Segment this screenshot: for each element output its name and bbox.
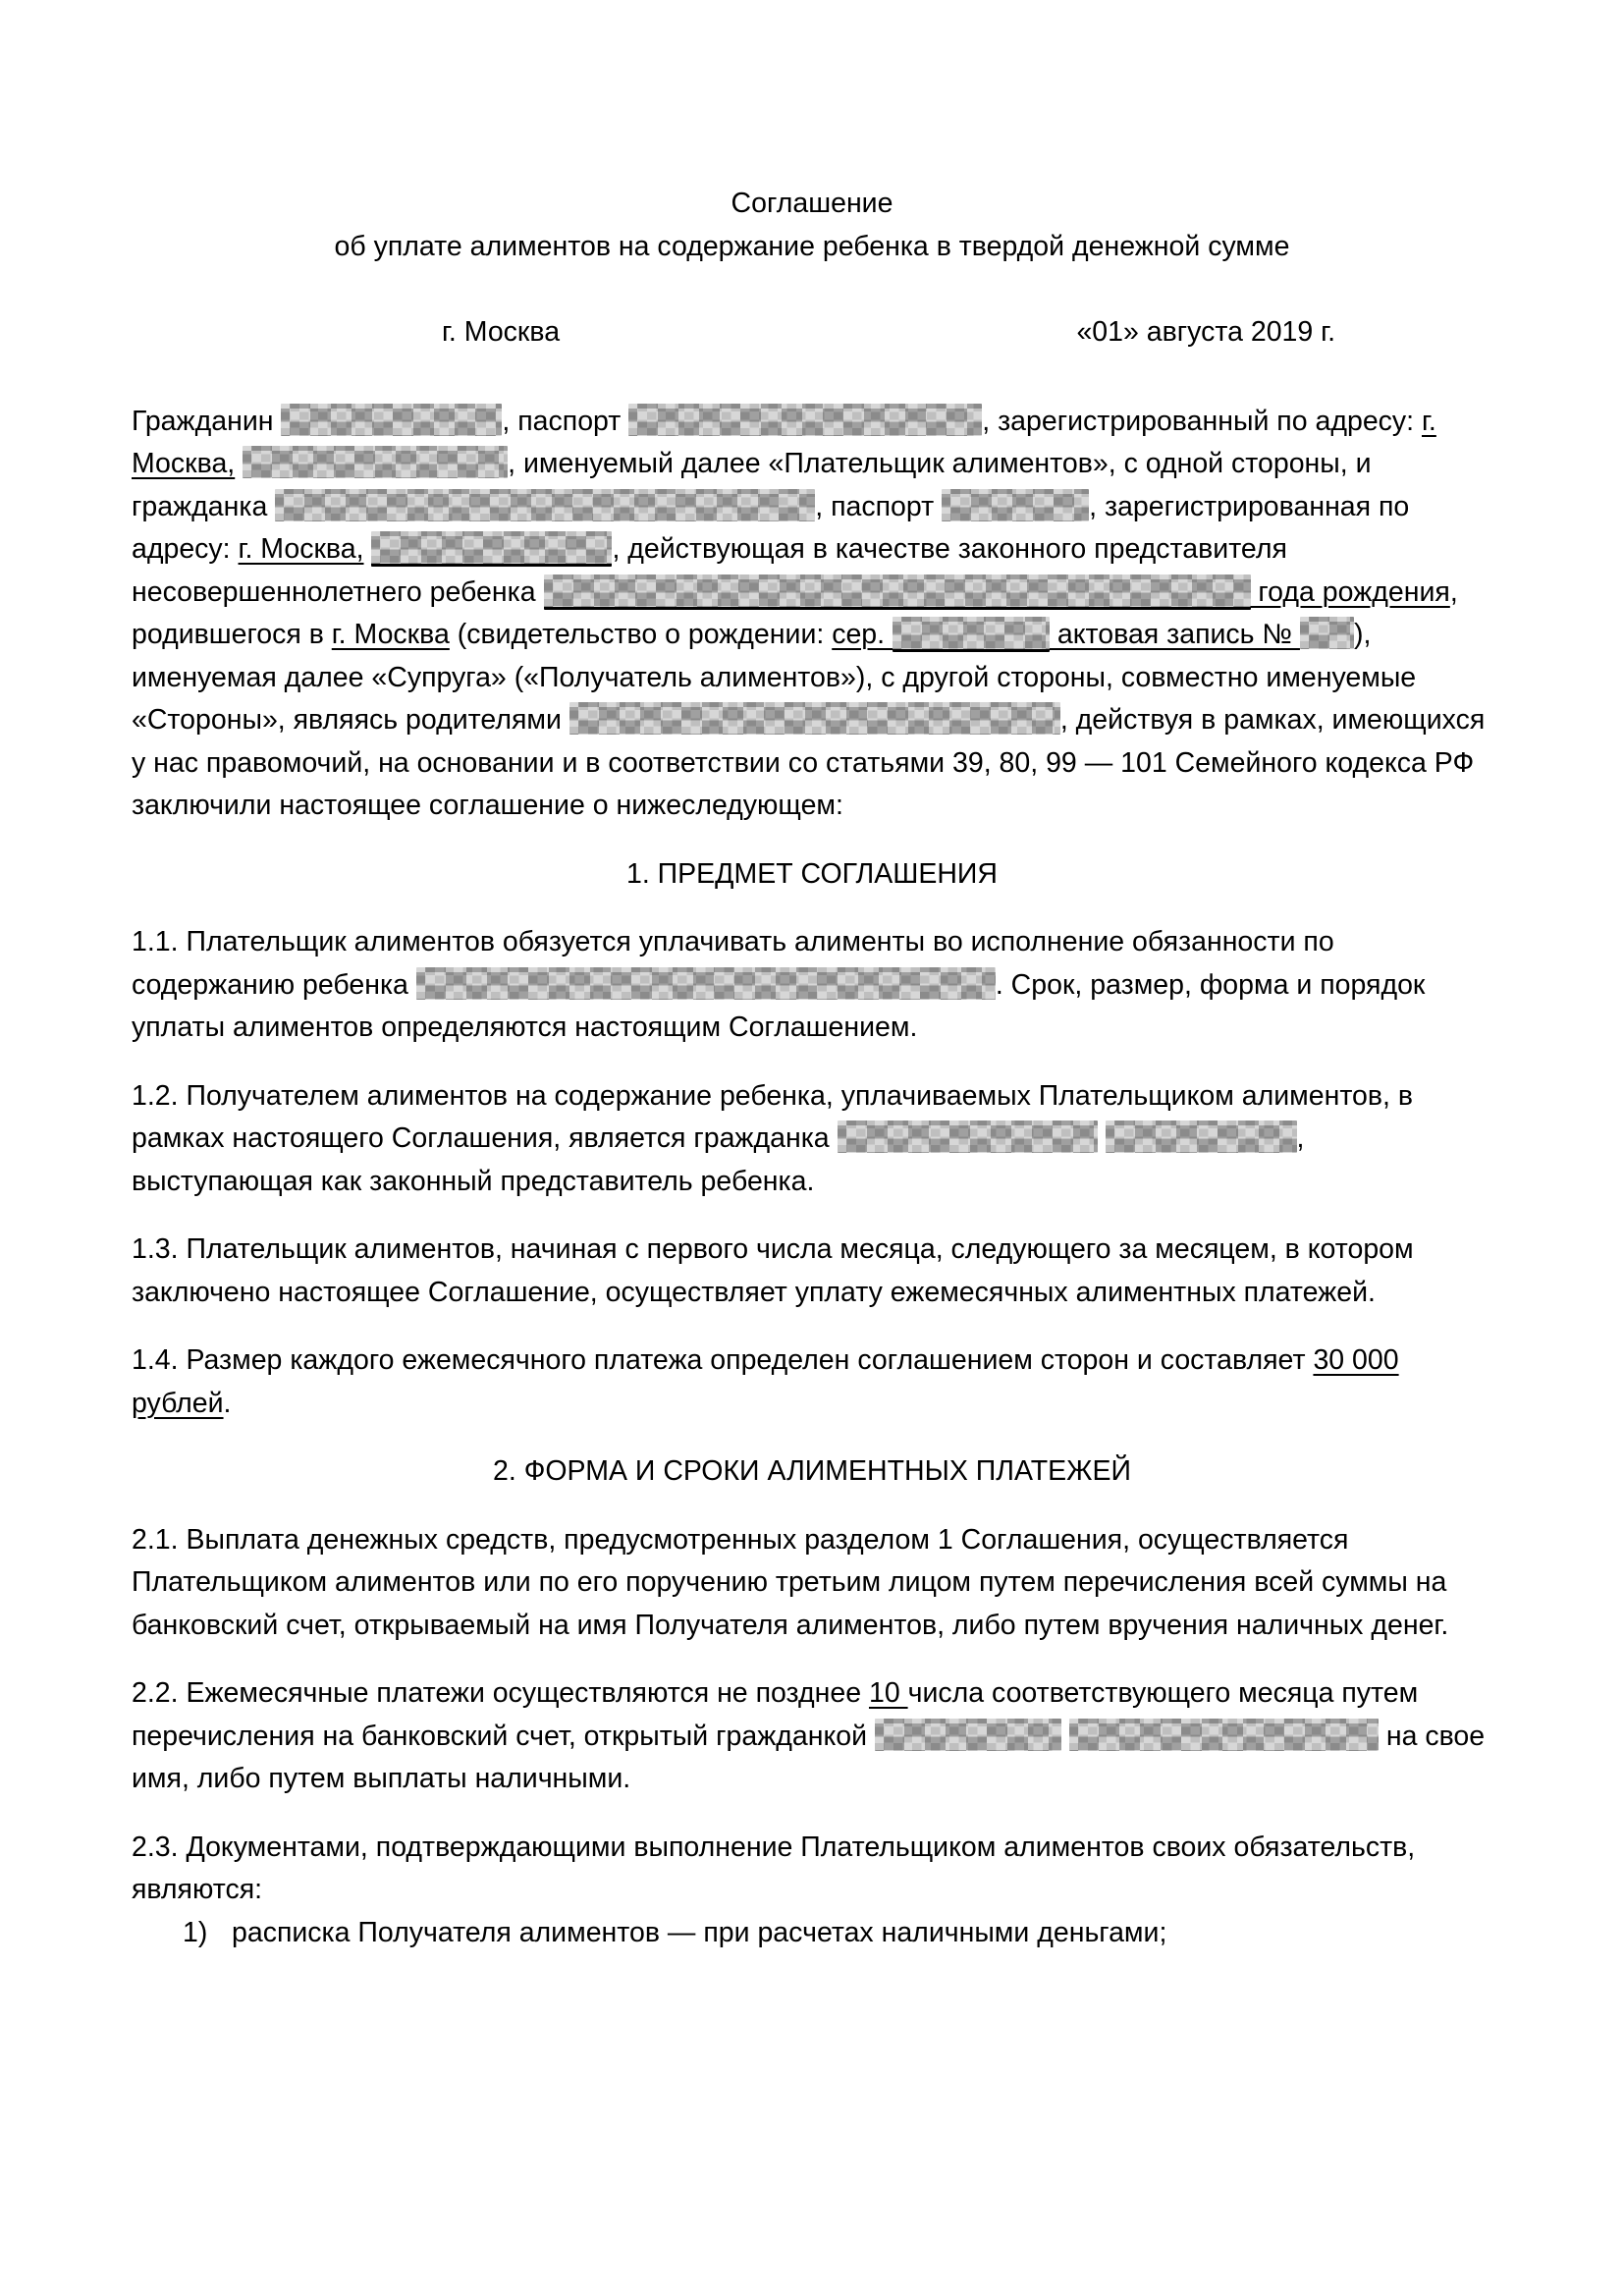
clause-1-1: 1.1. Плательщик алиментов обязуется упла… bbox=[132, 921, 1492, 1050]
list-item: 1) расписка Получателя алиментов — при р… bbox=[132, 1912, 1492, 1955]
clause-1-2: 1.2. Получателем алиментов на содержание… bbox=[132, 1075, 1492, 1204]
redacted-text bbox=[1069, 1719, 1379, 1751]
redacted-text bbox=[243, 446, 508, 478]
underlined-text: 10 bbox=[869, 1677, 908, 1709]
underlined-text: актовая запись № bbox=[1050, 619, 1300, 650]
redacted-text bbox=[1106, 1121, 1297, 1153]
underlined-text: г. Москва bbox=[332, 619, 450, 650]
redacted-text bbox=[942, 489, 1089, 521]
redacted-text bbox=[569, 702, 1060, 735]
document-subtitle: об уплате алиментов на содержание ребенк… bbox=[132, 226, 1492, 269]
document-place: г. Москва bbox=[442, 311, 560, 355]
clause-2-3: 2.3. Документами, подтверждающими выполн… bbox=[132, 1827, 1492, 1912]
place-date-row: г. Москва «01» августа 2019 г. bbox=[132, 311, 1492, 355]
redacted-text bbox=[544, 574, 1251, 610]
clause-1-3: 1.3. Плательщик алиментов, начиная с пер… bbox=[132, 1229, 1492, 1314]
underlined-text: г. Москва, bbox=[239, 533, 364, 565]
intro-paragraph: Гражданин , паспорт , зарегистрированный… bbox=[132, 401, 1492, 828]
underlined-text: 30 000 рублей bbox=[132, 1344, 1399, 1419]
redacted-text bbox=[281, 404, 502, 436]
clause-2-1: 2.1. Выплата денежных средств, предусмот… bbox=[132, 1519, 1492, 1648]
redacted-text bbox=[838, 1121, 1098, 1153]
document-page: Соглашение об уплате алиментов на содерж… bbox=[0, 0, 1624, 1954]
section-2-heading: 2. ФОРМА И СРОКИ АЛИМЕНТНЫХ ПЛАТЕЖЕЙ bbox=[132, 1450, 1492, 1494]
redacted-text bbox=[628, 404, 982, 436]
redacted-text bbox=[371, 531, 612, 567]
section-1-heading: 1. ПРЕДМЕТ СОГЛАШЕНИЯ bbox=[132, 853, 1492, 897]
document-title: Соглашение bbox=[132, 183, 1492, 226]
redacted-text bbox=[1300, 617, 1354, 649]
redacted-text bbox=[416, 967, 996, 1000]
redacted-text bbox=[875, 1719, 1061, 1751]
list-item-marker: 1) bbox=[183, 1912, 232, 1955]
underlined-text: года рождения bbox=[1251, 576, 1450, 608]
redacted-text bbox=[275, 489, 815, 521]
underlined-text: сер. bbox=[832, 619, 893, 650]
clause-1-4: 1.4. Размер каждого ежемесячного платежа… bbox=[132, 1339, 1492, 1425]
redacted-text bbox=[893, 617, 1050, 652]
clause-2-2: 2.2. Ежемесячные платежи осуществляются … bbox=[132, 1672, 1492, 1801]
document-date: «01» августа 2019 г. bbox=[1076, 311, 1335, 355]
list-item-text: расписка Получателя алиментов — при расч… bbox=[232, 1912, 1492, 1955]
